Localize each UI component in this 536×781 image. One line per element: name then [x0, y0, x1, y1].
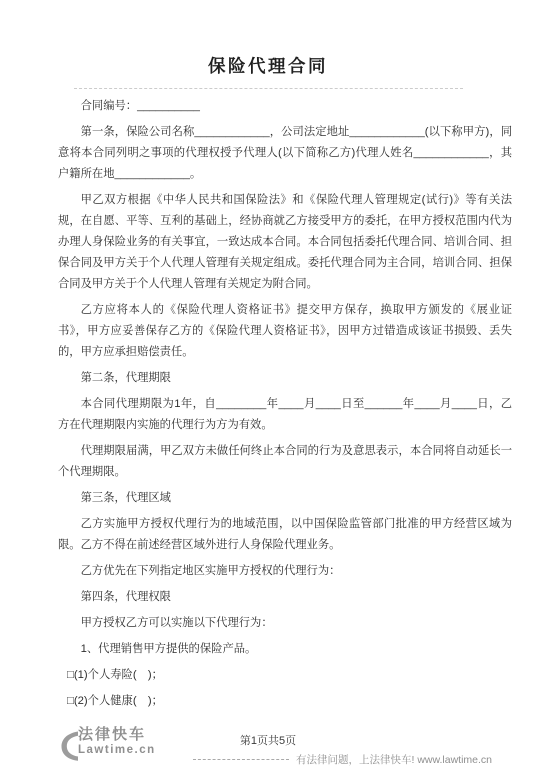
clause-1-paragraph: 第一条，保险公司名称____________，公司法定地址___________…	[58, 122, 512, 185]
clause-3-heading: 第三条，代理区域	[58, 488, 512, 509]
footer-slogan: 有法律问题，上法律快车! www.lawtime.cn	[296, 752, 492, 767]
footer-divider	[193, 759, 289, 760]
clause-2-heading: 第二条，代理期限	[58, 368, 512, 389]
title-divider	[74, 88, 463, 89]
page-footer: 法律快车 Lawtime.cn 第1页共5页 有法律问题，上法律快车! www.…	[0, 722, 536, 781]
page-number: 第1页共5页	[0, 732, 536, 748]
document-page: 保险代理合同 合同编号：__________第一条，保险公司名称________…	[0, 0, 536, 781]
authorized-act-1-paragraph: 1、代理销售甲方提供的保险产品。	[58, 639, 512, 660]
authorization-intro-paragraph: 甲方授权乙方可以实施以下代理行为：	[58, 613, 512, 634]
certificate-paragraph: 乙方应将本人的《保险代理人资格证书》提交甲方保存，换取甲方颁发的《展业证书》，甲…	[58, 300, 512, 363]
priority-region-paragraph: 乙方优先在下列指定地区实施甲方授权的代理行为：	[58, 561, 512, 582]
agency-term-paragraph: 本合同代理期限为1年，自________年____月____日至______年_…	[58, 394, 512, 436]
product-option-personal-health: □(2)个人健康( )；	[58, 691, 512, 712]
term-renewal-paragraph: 代理期限届满，甲乙双方未做任何终止本合同的行为及意思表示，本合同将自动延长一个代…	[58, 441, 512, 483]
agency-region-paragraph: 乙方实施甲方授权代理行为的地域范围，以中国保险监管部门批准的甲方经营区域为限。乙…	[58, 514, 512, 556]
clause-4-heading: 第四条，代理权限	[58, 587, 512, 608]
product-option-personal-life: □(1)个人寿险( )；	[58, 665, 512, 686]
contract-number-line: 合同编号：__________	[58, 96, 512, 117]
contract-body: 合同编号：__________第一条，保险公司名称____________，公司…	[58, 96, 512, 712]
document-title: 保险代理合同	[0, 0, 536, 78]
agreement-basis-paragraph: 甲乙双方根据《中华人民共和国保险法》和《保险代理人管理规定(试行)》等有关法规，…	[58, 190, 512, 295]
